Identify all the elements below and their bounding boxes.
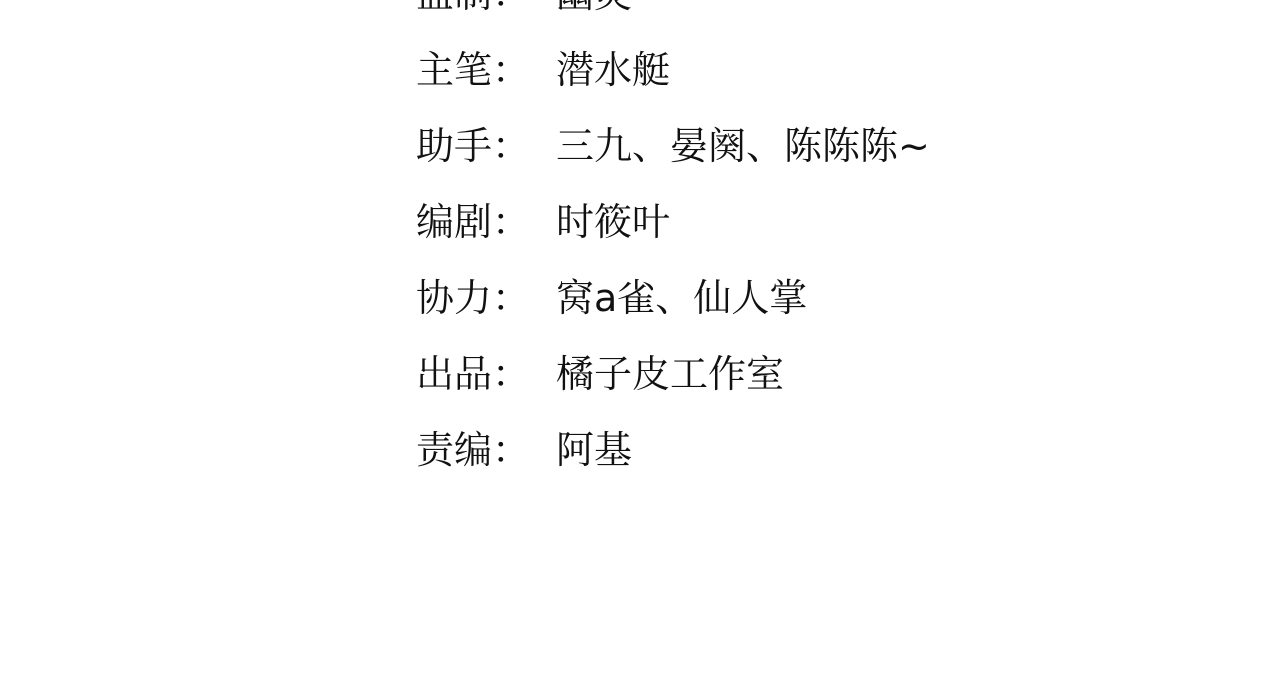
credit-label: 主笔：: [416, 32, 556, 108]
credit-value: 潜水艇: [556, 32, 670, 108]
credit-value: 阿基: [556, 412, 632, 488]
credit-label: 协力：: [416, 260, 556, 336]
credit-label: 助手：: [416, 108, 556, 184]
credit-value: 时筱叶: [556, 184, 670, 260]
credit-label: 出品：: [416, 336, 556, 412]
credit-label: 编剧：: [416, 184, 556, 260]
credit-value: 三九、晏阕、陈陈陈~: [556, 108, 930, 184]
credit-value: 幽灵: [556, 0, 632, 32]
credit-row-writer: 编剧： 时筱叶: [416, 184, 930, 260]
credit-row-editor: 责编： 阿基: [416, 412, 930, 488]
credit-value: 窝a雀、仙人掌: [556, 260, 807, 336]
credit-row-lead-artist: 主笔： 潜水艇: [416, 32, 930, 108]
credit-value: 橘子皮工作室: [556, 336, 784, 412]
credit-row-supervisor: 监制： 幽灵: [416, 0, 930, 32]
credit-row-assistants: 助手： 三九、晏阕、陈陈陈~: [416, 108, 930, 184]
credit-label: 责编：: [416, 412, 556, 488]
credit-label: 监制：: [416, 0, 556, 32]
credit-row-collaborators: 协力： 窝a雀、仙人掌: [416, 260, 930, 336]
credits-list: 监制： 幽灵 主笔： 潜水艇 助手： 三九、晏阕、陈陈陈~ 编剧： 时筱叶 协力…: [416, 0, 930, 488]
credit-row-producer: 出品： 橘子皮工作室: [416, 336, 930, 412]
